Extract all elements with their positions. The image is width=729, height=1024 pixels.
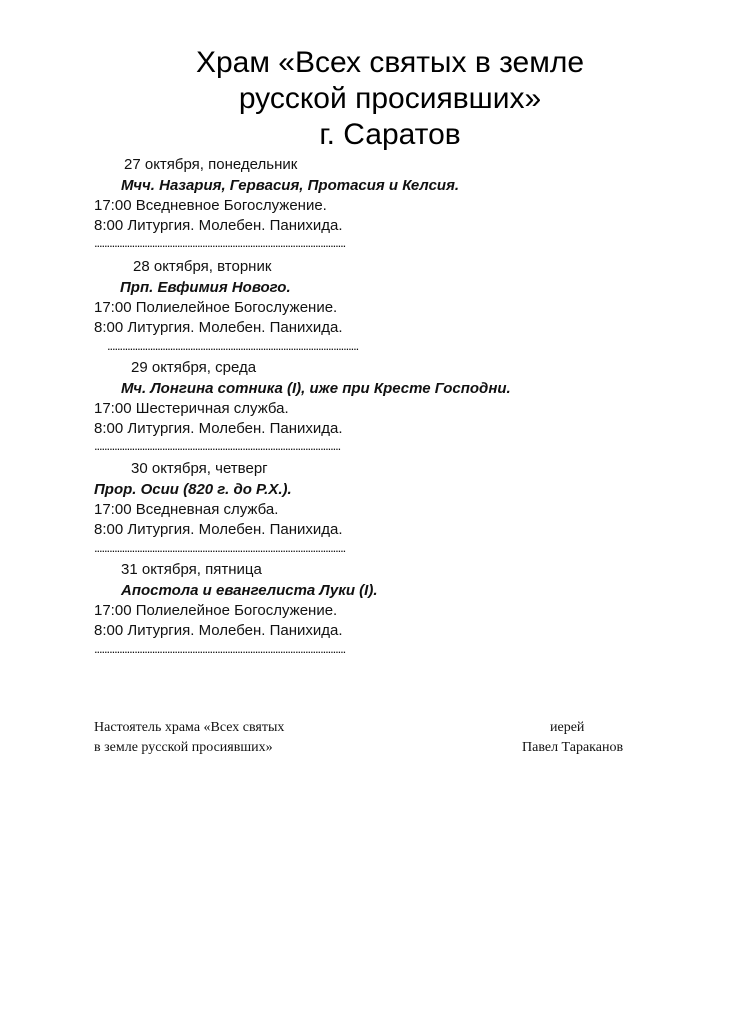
rector-name: Павел Тараканов: [522, 738, 623, 758]
rector-title-line-2: в земле русской просиявших»: [94, 738, 273, 758]
day-saint: Мч. Лонгина сотника (I), иже при Кресте …: [121, 379, 511, 399]
separator: ........................................…: [94, 639, 345, 659]
page-title-line-2: русской просиявших»: [150, 82, 630, 116]
day-date: 27 октября, понедельник: [124, 155, 297, 175]
evening-service: 17:00 Полиелейное Богослужение.: [94, 601, 337, 621]
day-date: 28 октября, вторник: [133, 257, 271, 277]
page-title-city: г. Саратов: [150, 118, 630, 152]
page-title-line-1: Храм «Всех святых в земле: [150, 46, 630, 80]
day-saint: Мчч. Назария, Гервасия, Протасия и Келси…: [121, 176, 459, 196]
day-date: 29 октября, среда: [131, 358, 256, 378]
day-saint: Прп. Евфимия Нового.: [120, 278, 291, 298]
morning-service: 8:00 Литургия. Молебен. Панихида.: [94, 621, 343, 641]
separator: ........................................…: [94, 436, 340, 456]
day-date: 31 октября, пятница: [121, 560, 262, 580]
separator: ........................................…: [94, 233, 345, 253]
morning-service: 8:00 Литургия. Молебен. Панихида.: [94, 318, 343, 338]
evening-service: 17:00 Вседневная служба.: [94, 500, 278, 520]
evening-service: 17:00 Полиелейное Богослужение.: [94, 298, 337, 318]
separator: ........................................…: [94, 538, 345, 558]
rector-title-line-1: Настоятель храма «Всех святых: [94, 718, 284, 738]
day-date: 30 октября, четверг: [131, 459, 268, 479]
evening-service: 17:00 Шестеричная служба.: [94, 399, 289, 419]
separator: ........................................…: [107, 336, 358, 356]
day-saint: Апостола и евангелиста Луки (I).: [121, 581, 378, 601]
morning-service: 8:00 Литургия. Молебен. Панихида.: [94, 520, 343, 540]
schedule-page: Храм «Всех святых в земле русской просия…: [0, 0, 729, 1024]
rector-rank: иерей: [550, 718, 584, 738]
evening-service: 17:00 Вседневное Богослужение.: [94, 196, 327, 216]
day-saint: Прор. Осии (820 г. до Р.Х.).: [94, 480, 292, 500]
